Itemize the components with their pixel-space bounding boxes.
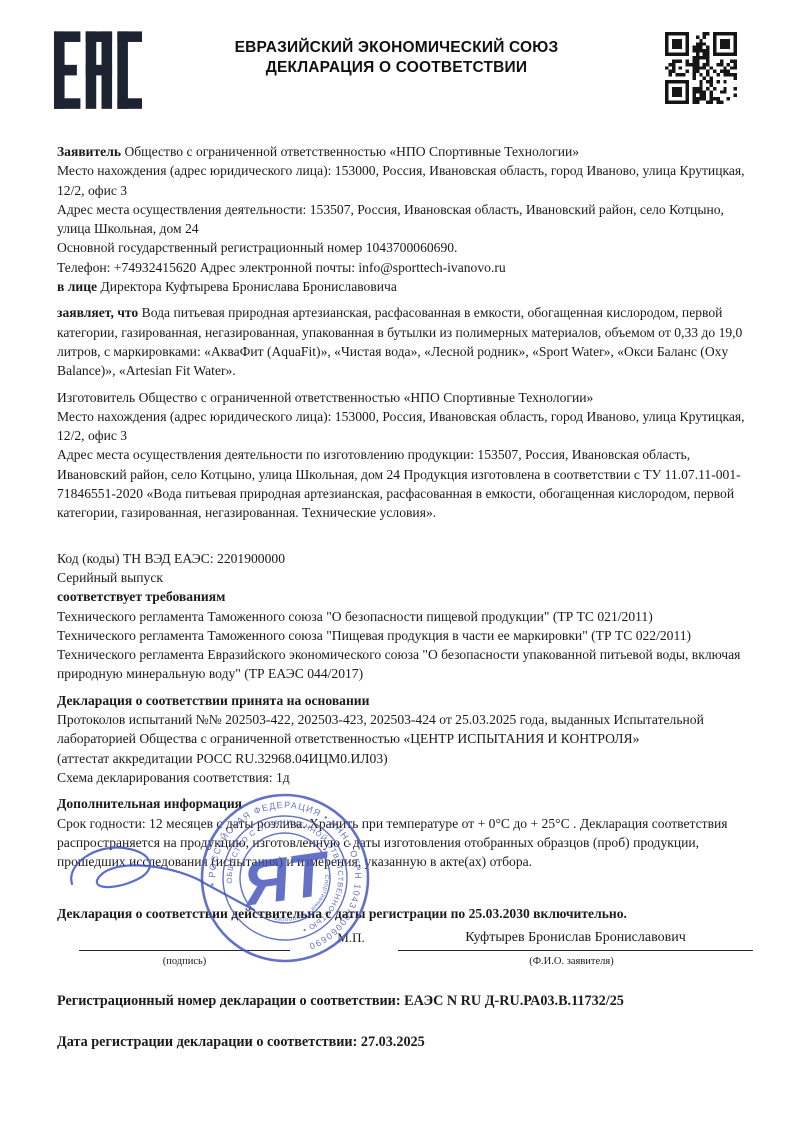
document-title: ЕВРАЗИЙСКИЙ ЭКОНОМИЧЕСКИЙ СОЮЗ ДЕКЛАРАЦИ… [160,38,633,78]
requirements-heading: соответствует требованиям [57,587,753,606]
requirement-item: Технического регламента Евразийского эко… [57,645,753,684]
applicant-person: в лице Директора Куфтырева Бронислава Бр… [57,277,753,296]
title-declaration: ДЕКЛАРАЦИЯ О СООТВЕТСТВИИ [160,58,633,78]
declaration-document: ЕВРАЗИЙСКИЙ ЭКОНОМИЧЕСКИЙ СОЮЗ ДЕКЛАРАЦИ… [0,0,793,1122]
basis-heading: Декларация о соответствии принята на осн… [57,691,753,710]
basis-protocols: Протоколов испытаний №№ 202503-422, 2025… [57,710,753,749]
applicant-contacts: Телефон: +74932415620 Адрес электронной … [57,258,753,277]
applicant-line: Заявитель Общество с ограниченной ответс… [57,142,753,161]
applicant-ogrn: Основной государственный регистрационный… [57,238,753,257]
declares-paragraph: заявляет, что Вода питьевая природная ар… [57,303,753,380]
qr-code-icon [665,32,737,104]
manufacturer-line: Изготовитель Общество с ограниченной отв… [57,388,753,407]
tnved-code-line: Код (коды) ТН ВЭД ЕАЭС: 2201900000 [57,549,753,568]
basis-accreditation: (аттестат аккредитации РОСС RU.32968.04И… [57,749,753,768]
requirement-item: Технического регламента Таможенного союз… [57,626,753,645]
manufacturer-address: Место нахождения (адрес юридического лиц… [57,407,753,446]
declares-label: заявляет, что [57,305,138,320]
applicant-label: Заявитель [57,144,121,159]
signature-row: (подпись) М.П. Куфтырев Бронислав Бронис… [57,928,753,972]
applicant-activity-address: Адрес места осуществления деятельности: … [57,200,753,239]
release-type-line: Серийный выпуск [57,568,753,587]
eac-logo-icon [54,30,142,112]
registration-number-line: Регистрационный номер декларации о соотв… [57,992,753,1011]
signer-name-caption: (Ф.И.О. заявителя) [390,951,753,971]
registration-date-line: Дата регистрации декларации о соответств… [57,1033,753,1052]
stamp-monogram: ЯТ [237,839,336,920]
additional-heading: Дополнительная информация [57,794,753,813]
applicant-address: Место нахождения (адрес юридического лиц… [57,161,753,200]
company-stamp: • РОССИЙСКАЯ ФЕДЕРАЦИЯ • ИНН • ОГРН 1043… [199,792,371,964]
person-label: в лице [57,279,97,294]
basis-scheme: Схема декларирования соответствия: 1д [57,768,753,787]
requirement-item: Технического регламента Таможенного союз… [57,607,753,626]
signer-name: Куфтырев Бронислав Брониславович [398,928,753,951]
title-union: ЕВРАЗИЙСКИЙ ЭКОНОМИЧЕСКИЙ СОЮЗ [160,38,633,58]
signer-name-area: Куфтырев Бронислав Брониславович (Ф.И.О.… [390,928,753,972]
manufacturer-production: Адрес места осуществления деятельности п… [57,445,753,522]
